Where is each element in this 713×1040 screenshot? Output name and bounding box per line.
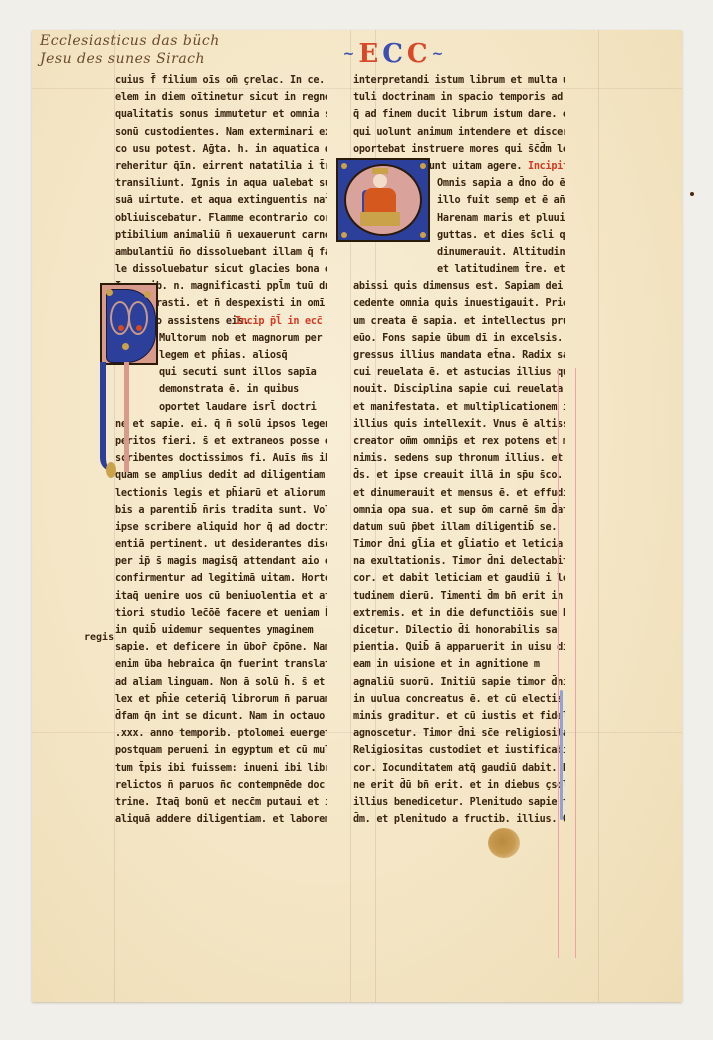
pen-flourish (558, 368, 576, 958)
text-line: d̄m. et plenitudo a fructib. illius. Omn… (353, 811, 565, 828)
text-line: ad aliam linguam. Non ā solū h̄. s̄ et… (115, 674, 327, 691)
text-line: postquam perueni in egyptum et cū mul (115, 742, 327, 759)
text-line: suā uirtute. et aqua extinguentis nat̄e (115, 192, 327, 209)
text-line: per ip̄ s̄ magis magisq̄ attendant aio e… (115, 553, 327, 570)
text-line: ambulantiū n̄o dissoluebant illam q̄ fa… (115, 244, 327, 261)
text-line: creator om̄m omnip̄s et rex potens et me… (353, 433, 565, 450)
running-head-flourish: ~ (343, 46, 355, 62)
running-head-letter: C (382, 39, 403, 69)
text-line: et dinumerauit et mensus ē. et effudit … (353, 485, 565, 502)
text-line: Religiositas custodiet et iustificabit (353, 742, 565, 759)
text-line: cuius f̄ filium oīs om̄ çrelac. In ce. … (115, 72, 327, 89)
text-line: entiā pertinent. ut desiderantes discer… (115, 536, 327, 553)
text-line: qualitatis sonus immutetur et omnia sinn… (115, 106, 327, 123)
text-line: illius quis intellexit. Vnus ē altissim… (353, 416, 565, 433)
text-line: interpretandi istum librum et multa uigi… (353, 72, 565, 89)
text-line: quam se amplius dedit ad diligentiam (115, 467, 327, 484)
text-line: in quib̄ uidemur sequentes ymaginem (115, 622, 327, 639)
text-line: lex et ph̄ie ceteriq̄ librorum n̄ paruam… (115, 691, 327, 708)
text-line: q̄ ad finem ducit librum istum dare. et … (353, 106, 565, 123)
text-line: confirmentur ad legitimā uitam. Hortor (115, 570, 327, 587)
text-line: um creata ē sapia. et intellectus prude… (353, 313, 565, 330)
text-line: le dissoluebatur sicut glacies bona esca… (115, 261, 327, 278)
text-line: tudinem dierū. Timenti d̄m bn̄ erit in (353, 588, 565, 605)
text-line: co usu potest. Aḡta. h. in aquatica qū (115, 141, 327, 158)
marginal-note-line: Ecclesiasticus das büch (40, 32, 280, 50)
text-line: .xxx. anno temporib. ptolomei euergeti (115, 725, 327, 742)
text-line: elem in diem oītinetur sicut in regno (115, 89, 327, 106)
text-line: aliquā addere diligentiam. et laborem (115, 811, 327, 828)
gold-dot (106, 289, 113, 296)
text-line: agnoscetur. Timor d̄ni sc̄e religiositas… (353, 725, 565, 742)
gold-dot (341, 232, 347, 238)
text-line: peritos fieri. s̄ et extraneos posse et … (115, 433, 327, 450)
text-line: omnia opa sua. et sup ōm carnē s̄m d̄a… (353, 502, 565, 519)
text-line: tiori studio lec̄ōē facere et ueniam h… (115, 605, 327, 622)
text-line: ne et sapie. ei. q̄ n̄ solū ipsos legen… (115, 416, 327, 433)
text-line: extremis. et in die defunctiōis sue bn̄ (353, 605, 565, 622)
parchment-stain (488, 828, 520, 858)
text-line: relictos n̄ paruos n̄c contempnēde doc (115, 777, 327, 794)
text-line: dinumerauit. Altitudinem celi (353, 244, 565, 261)
initial-descender (100, 362, 129, 472)
text-line: qui secuti sunt illos sapīa (115, 364, 327, 381)
gold-dot (341, 163, 347, 169)
text-line: nouit. Disciplina sapie cui reuelata ē (353, 381, 565, 398)
gold-terminal (106, 462, 116, 478)
illuminated-initial-m (100, 283, 158, 365)
text-line: lectionis legis et ph̄iarū et aliorum l… (115, 485, 327, 502)
text-line: datum suū p̄bet illam diligentib̄ se. (353, 519, 565, 536)
text-line: pientia. Quib̄ ā apparuerit in uisu dil… (353, 639, 565, 656)
running-head-letter: E (358, 39, 378, 69)
text-line: cor. Iocunditatem atq̄ gaudiū dabit. Be (353, 760, 565, 777)
text-line: cor. et dabit leticiam et gaudiū i long… (353, 570, 565, 587)
text-line: reheritur q̄īn. eirrent natatilia i t̄r… (115, 158, 327, 175)
text-line: obliuiscebatur. Flamme econtrario corru (115, 210, 327, 227)
text-line: scribentes doctissimos fi. Auīs m̄s ihc… (115, 450, 327, 467)
ruling-line (598, 30, 599, 1002)
rubric: Incipit ecclesiastic̄ (528, 161, 565, 172)
text-line: minis graditur. et cū iustis et fidelib… (353, 708, 565, 725)
text-line: d̄s. et ipse creauit illā in sp̄u s̄co.… (353, 467, 565, 484)
text-line: gressus illius mandata et̄na. Radix sapi… (353, 347, 565, 364)
text-line: cui reuelata ē. et astucias illius quis… (353, 364, 565, 381)
running-head-letter: C (407, 39, 428, 69)
gold-dot (420, 163, 426, 169)
text-line: nimis. sedens sup thronum illius. et dn̄… (353, 450, 565, 467)
text-line: illius benedicetur. Plenitudo sapie time… (353, 794, 565, 811)
text-line: ipse scribere aliquid hor q̄ ad doctrina… (115, 519, 327, 536)
text-line: oportet laudare isrl̄ doctri (115, 399, 327, 416)
text-line: dicetur. Dilectio d̄i honorabilis sa (353, 622, 565, 639)
initial-dot (136, 325, 142, 331)
text-line: oportebat instruere mores qui s̄c̄d̄m le… (353, 141, 565, 158)
text-line: na exultationis. Timor d̄ni delectabit (353, 553, 565, 570)
marginal-note: Ecclesiasticus das büch Jesu des sunes S… (40, 32, 280, 68)
text-line: abissi quis dimensus est. Sapiam dei pre (353, 278, 565, 295)
gold-dot (420, 232, 426, 238)
initial-dot (118, 325, 124, 331)
text-line: transiliunt. Ignis in aqua ualebat sup (115, 175, 327, 192)
historiated-initial-o (336, 158, 430, 242)
text-line: sapie. et deficere in ūbor̄ c̄pōne. Na… (115, 639, 327, 656)
text-line: ptibilium animaliū n̄ uexauerunt carnes… (115, 227, 327, 244)
text-line: cedente omnia quis inuestigauit. Prior o… (353, 295, 565, 312)
text-line: d̄fam q̄n int se dicunt. Nam in octauo e… (115, 708, 327, 725)
running-head: ~ E C C ~ (318, 34, 468, 74)
marginal-word: regis (84, 632, 114, 643)
gold-dot (122, 343, 129, 350)
text-line: itaq̄ uenire uos cū beniuolentia et att… (115, 588, 327, 605)
text-line: enim ūba hebraica q̄n fuerint translata (115, 656, 327, 673)
text-line: bis a parentib̄ n̄ris tradita sunt. Volu… (115, 502, 327, 519)
running-head-flourish: ~ (432, 46, 444, 62)
gold-dot (144, 291, 151, 298)
text-line: tum t̄pis ibi fuissem: inueni ibi libros (115, 760, 327, 777)
text-line: tuli doctrinam in spacio temporis ad ill… (353, 89, 565, 106)
ink-dot (690, 192, 694, 196)
throne (360, 212, 400, 226)
blue-pen-stroke (560, 690, 563, 820)
text-line: et manifestata. et multiplicationem ingr… (353, 399, 565, 416)
text-line: eūo. Fons sapie ūbum dī in excelsis. … (353, 330, 565, 347)
text-line: eam in uisione et in agnitione m (353, 656, 565, 673)
text-line: trine. Itaq̄ bonū et necc̄m putaui et i… (115, 794, 327, 811)
text-line: agnaliū suorū. Initiū sapie timor d̄n… (353, 674, 565, 691)
figure-head (373, 174, 387, 188)
text-column-left: cuius f̄ filium oīs om̄ çrelac. In ce. … (115, 72, 327, 828)
marginal-note-line: Jesu des sunes Sirach (40, 50, 280, 68)
text-line: ne erit d̄ū bn̄ erit. et in diebus çsol… (353, 777, 565, 794)
text-line: sonū custodientes. Nam exterminari ex i… (115, 124, 327, 141)
text-line: et latitudinem t̄re. et p̄fundū (353, 261, 565, 278)
text-line: Timor d̄ni gl̄ia et gl̄iatio et leticia … (353, 536, 565, 553)
text-line: demonstrata ē. in quibus (115, 381, 327, 398)
text-line: qui uolunt animum intendere et discere q… (353, 124, 565, 141)
text-line: in uulua concreatus ē. et cū electis f… (353, 691, 565, 708)
seated-king-figure (360, 168, 400, 228)
